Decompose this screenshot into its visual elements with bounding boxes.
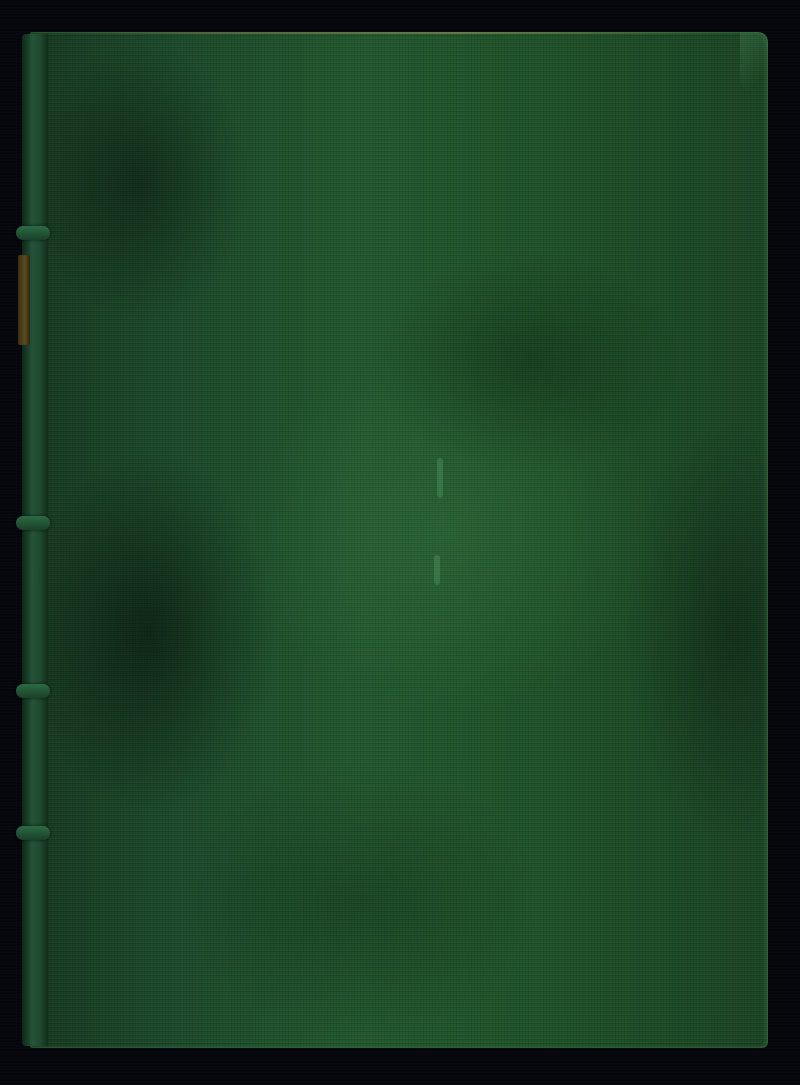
book-spine [22, 34, 48, 1046]
spine-band [16, 684, 50, 698]
spine-band [16, 516, 50, 530]
spine-band [16, 226, 50, 240]
page-edge-top [60, 32, 740, 34]
spine-band [16, 826, 50, 840]
velvet-wear-mark [434, 555, 440, 585]
velvet-wear-mark [437, 458, 443, 498]
spine-label [18, 255, 30, 345]
book-cover [30, 32, 768, 1048]
